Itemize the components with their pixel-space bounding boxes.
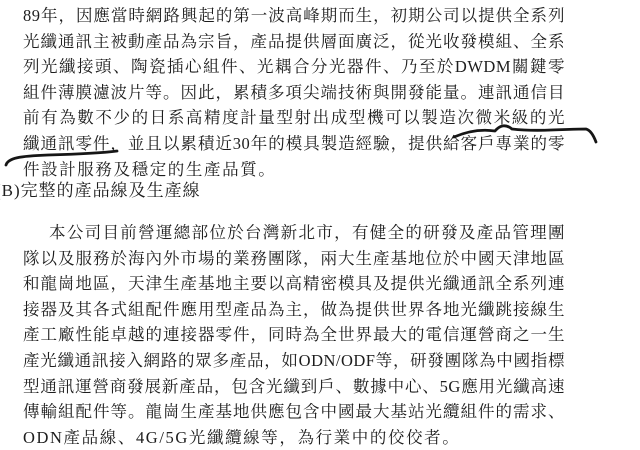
text-line: 型通訊運營商發展新產品，包含光纖到戶、數據中心、5G應用光纖高速 [23, 374, 565, 400]
text-line: 前有為數不少的日系高精度計量型射出成型機可以製造次微米級的光 [23, 105, 565, 131]
body-paragraph: 本公司目前營運總部位於台灣新北市，有健全的研發及產品管理團隊以及服務於海內外市場… [23, 220, 565, 450]
text-line: 隊以及服務於海內外市場的業務團隊，兩大生產基地位於中國天津地區 [23, 246, 565, 272]
text-line: 組件薄膜濾波片等。因此，累積多項尖端技術與開發能量。連訊通信目 [23, 80, 565, 106]
text-line: 傳輸組配件等。龍崗生產基地供應包含中國最大基站光纜組件的需求、 [23, 399, 565, 425]
text-line: 光纖通訊主被動產品為宗旨，產品提供層面廣泛，從光收發模組、全系 [23, 29, 565, 55]
text-line: 產工廠性能卓越的連接器零件，同時為全世界最大的電信運營商之一生 [23, 322, 565, 348]
section-b-heading: (B)完整的產品線及生產線 [0, 178, 201, 204]
text-line: 纖通訊零件，並且以累積近30年的模具製造經驗，提供給客戶專業的零 [23, 131, 565, 157]
text-line: 和龍崗地區，天津生產基地主要以高精密模具及提供光纖通訊全系列連 [23, 271, 565, 297]
text-line: ODN產品線、4G/5G光纖纜線等，為行業中的佼佼者。 [23, 425, 565, 450]
intro-paragraph: 89年，因應當時網路興起的第一波高峰期而生，初期公司以提供全系列光纖通訊主被動產… [23, 3, 565, 182]
text-line: 接器及其各式組配件應用型產品為主，做為提供世界各地光纖跳接線生 [23, 297, 565, 323]
text-line: 產光纖通訊接入網路的眾多產品，如ODN/ODF等，研發團隊為中國指標 [23, 348, 565, 374]
text-line: 89年，因應當時網路興起的第一波高峰期而生，初期公司以提供全系列 [23, 3, 565, 29]
document-page: 89年，因應當時網路興起的第一波高峰期而生，初期公司以提供全系列光纖通訊主被動產… [0, 0, 640, 450]
text-line: 列光纖接頭、陶瓷插心組件、光耦合分光器件、乃至於DWDM關鍵零 [23, 54, 565, 80]
text-line: 本公司目前營運總部位於台灣新北市，有健全的研發及產品管理團 [23, 220, 565, 246]
